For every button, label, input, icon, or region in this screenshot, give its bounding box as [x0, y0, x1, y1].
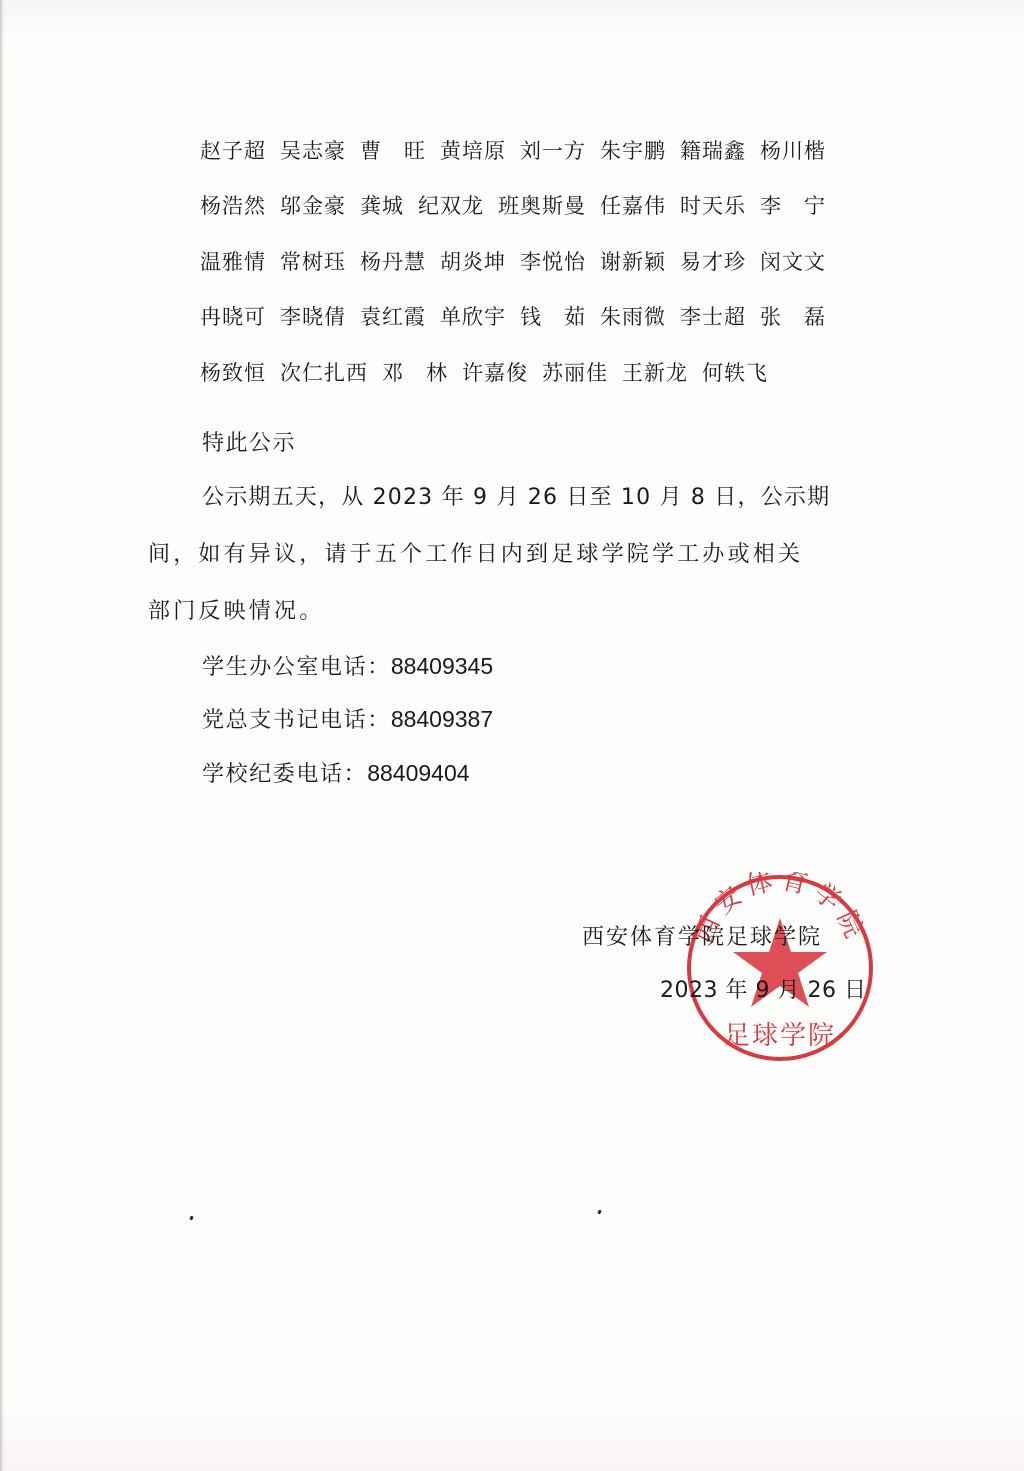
body-line-1: 公示期五天，从 2023 年 9 月 26 日至 10 月 8 日，公示期	[202, 480, 830, 511]
contact-label: 党总支书记电话：	[202, 708, 391, 733]
name-item: 龚城	[360, 190, 404, 220]
name-item: 刘一方	[520, 135, 586, 165]
name-item: 李士超	[680, 301, 746, 331]
scan-speck	[189, 1216, 194, 1221]
name-item: 邓 林	[382, 357, 448, 387]
name-item: 胡炎坤	[440, 246, 506, 276]
name-item: 杨浩然	[200, 190, 266, 220]
name-item: 张 磊	[760, 301, 826, 331]
contact-label: 学校纪委电话：	[202, 762, 367, 787]
name-item: 冉晓可	[200, 301, 266, 331]
name-item: 温雅情	[200, 246, 266, 276]
name-list: 赵子超 吴志豪 曹 旺 黄培原 刘一方 朱宇鹏 籍瑞鑫 杨川楷 杨浩然 邬金豪 …	[200, 122, 880, 400]
name-item: 易才珍	[680, 246, 746, 276]
name-row-2: 杨浩然 邬金豪 龚城 纪双龙 班奥斯曼 任嘉伟 时天乐 李 宁	[200, 178, 880, 234]
contact-party-secretary: 党总支书记电话：88409387	[202, 703, 493, 734]
seal-bottom-text: 足球学院	[724, 1021, 836, 1051]
name-row-5: 杨致恒 次仁扎西 邓 林 许嘉俊 苏丽佳 王新龙 何轶飞	[200, 344, 880, 400]
name-item: 黄培原	[440, 135, 506, 165]
name-item: 杨丹慧	[360, 246, 426, 276]
name-item: 李 宁	[760, 190, 826, 220]
name-item: 吴志豪	[280, 135, 346, 165]
name-item: 邬金豪	[280, 190, 346, 220]
name-row-1: 赵子超 吴志豪 曹 旺 黄培原 刘一方 朱宇鹏 籍瑞鑫 杨川楷	[200, 122, 880, 178]
body-line-3: 部门反映情况。	[148, 594, 324, 625]
name-item: 曹 旺	[360, 135, 426, 165]
name-item: 朱宇鹏	[600, 135, 666, 165]
signature-organization: 西安体育学院足球学院	[582, 920, 822, 951]
name-item: 纪双龙	[418, 190, 484, 220]
name-item: 赵子超	[200, 135, 266, 165]
name-item: 钱 茹	[520, 301, 586, 331]
contact-discipline-committee: 学校纪委电话：88409404	[202, 757, 470, 788]
name-item: 单欣宇	[440, 301, 506, 331]
contact-label: 学生办公室电话：	[202, 655, 391, 680]
name-item: 谢新颖	[600, 246, 666, 276]
name-row-4: 冉晓可 李晓倩 袁红霞 单欣宇 钱 茹 朱雨微 李士超 张 磊	[200, 289, 880, 345]
name-item: 籍瑞鑫	[680, 135, 746, 165]
name-item: 苏丽佳	[542, 357, 608, 387]
scan-speck	[597, 1210, 602, 1215]
name-item: 杨致恒	[200, 357, 266, 387]
name-item: 许嘉俊	[462, 357, 528, 387]
contact-student-office: 学生办公室电话：88409345	[202, 650, 493, 681]
contact-number: 88409345	[391, 653, 493, 679]
name-item: 杨川楷	[760, 135, 826, 165]
name-row-3: 温雅情 常树珏 杨丹慧 胡炎坤 李悦怡 谢新颖 易才珍 闵文文	[200, 233, 880, 289]
document-page: 赵子超 吴志豪 曹 旺 黄培原 刘一方 朱宇鹏 籍瑞鑫 杨川楷 杨浩然 邬金豪 …	[0, 0, 1024, 1471]
notice-heading: 特此公示	[202, 426, 296, 457]
name-item: 常树珏	[280, 246, 346, 276]
name-item: 班奥斯曼	[498, 190, 586, 220]
name-item: 袁红霞	[360, 301, 426, 331]
name-item: 闵文文	[760, 246, 826, 276]
name-item: 何轶飞	[702, 357, 768, 387]
name-item: 朱雨微	[600, 301, 666, 331]
name-item: 时天乐	[680, 190, 746, 220]
name-item: 任嘉伟	[600, 190, 666, 220]
name-item: 李悦怡	[520, 246, 586, 276]
name-item: 王新龙	[622, 357, 688, 387]
signature-date: 2023 年 9 月 26 日	[660, 973, 866, 1004]
name-item: 次仁扎西	[280, 357, 368, 387]
scan-edge-shadow	[0, 0, 4, 1471]
name-item: 李晓倩	[280, 301, 346, 331]
contact-number: 88409404	[367, 760, 469, 786]
body-line-2: 间，如有异议，请于五个工作日内到足球学院学工办或相关	[148, 537, 803, 568]
contact-number: 88409387	[391, 706, 493, 732]
official-seal-icon: 西安体育学院 足球学院	[684, 872, 876, 1064]
